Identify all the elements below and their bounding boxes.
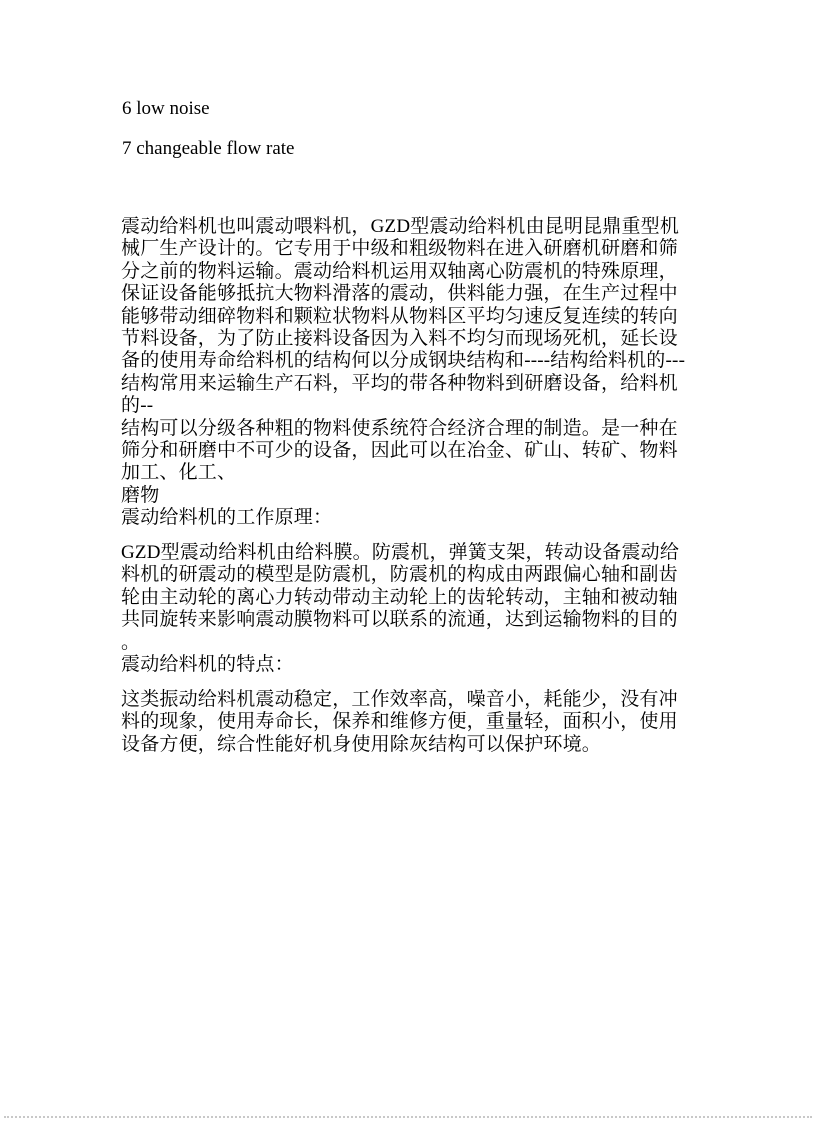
working-principle-paragraph: GZD型震动给料机由给料膜。防震机，弹簧支架，转动设备震动给 料机的研震动的模型… — [121, 542, 703, 676]
intro-paragraph: 震动给料机也叫震动喂料机，GZD型震动给料机由昆明昆鼎重型机 械厂生产设计的。它… — [121, 216, 703, 530]
feature-item-changeable-flow-rate: 7 changeable flow rate — [122, 138, 295, 160]
page-bottom-dotted-divider — [4, 1116, 812, 1118]
document-page: 6 low noise 7 changeable flow rate 震动给料机… — [0, 0, 816, 1123]
features-paragraph: 这类振动给料机震动稳定，工作效率高，噪音小，耗能少，没有冲 料的现象，使用寿命长… — [121, 689, 703, 756]
feature-item-low-noise: 6 low noise — [122, 98, 210, 120]
